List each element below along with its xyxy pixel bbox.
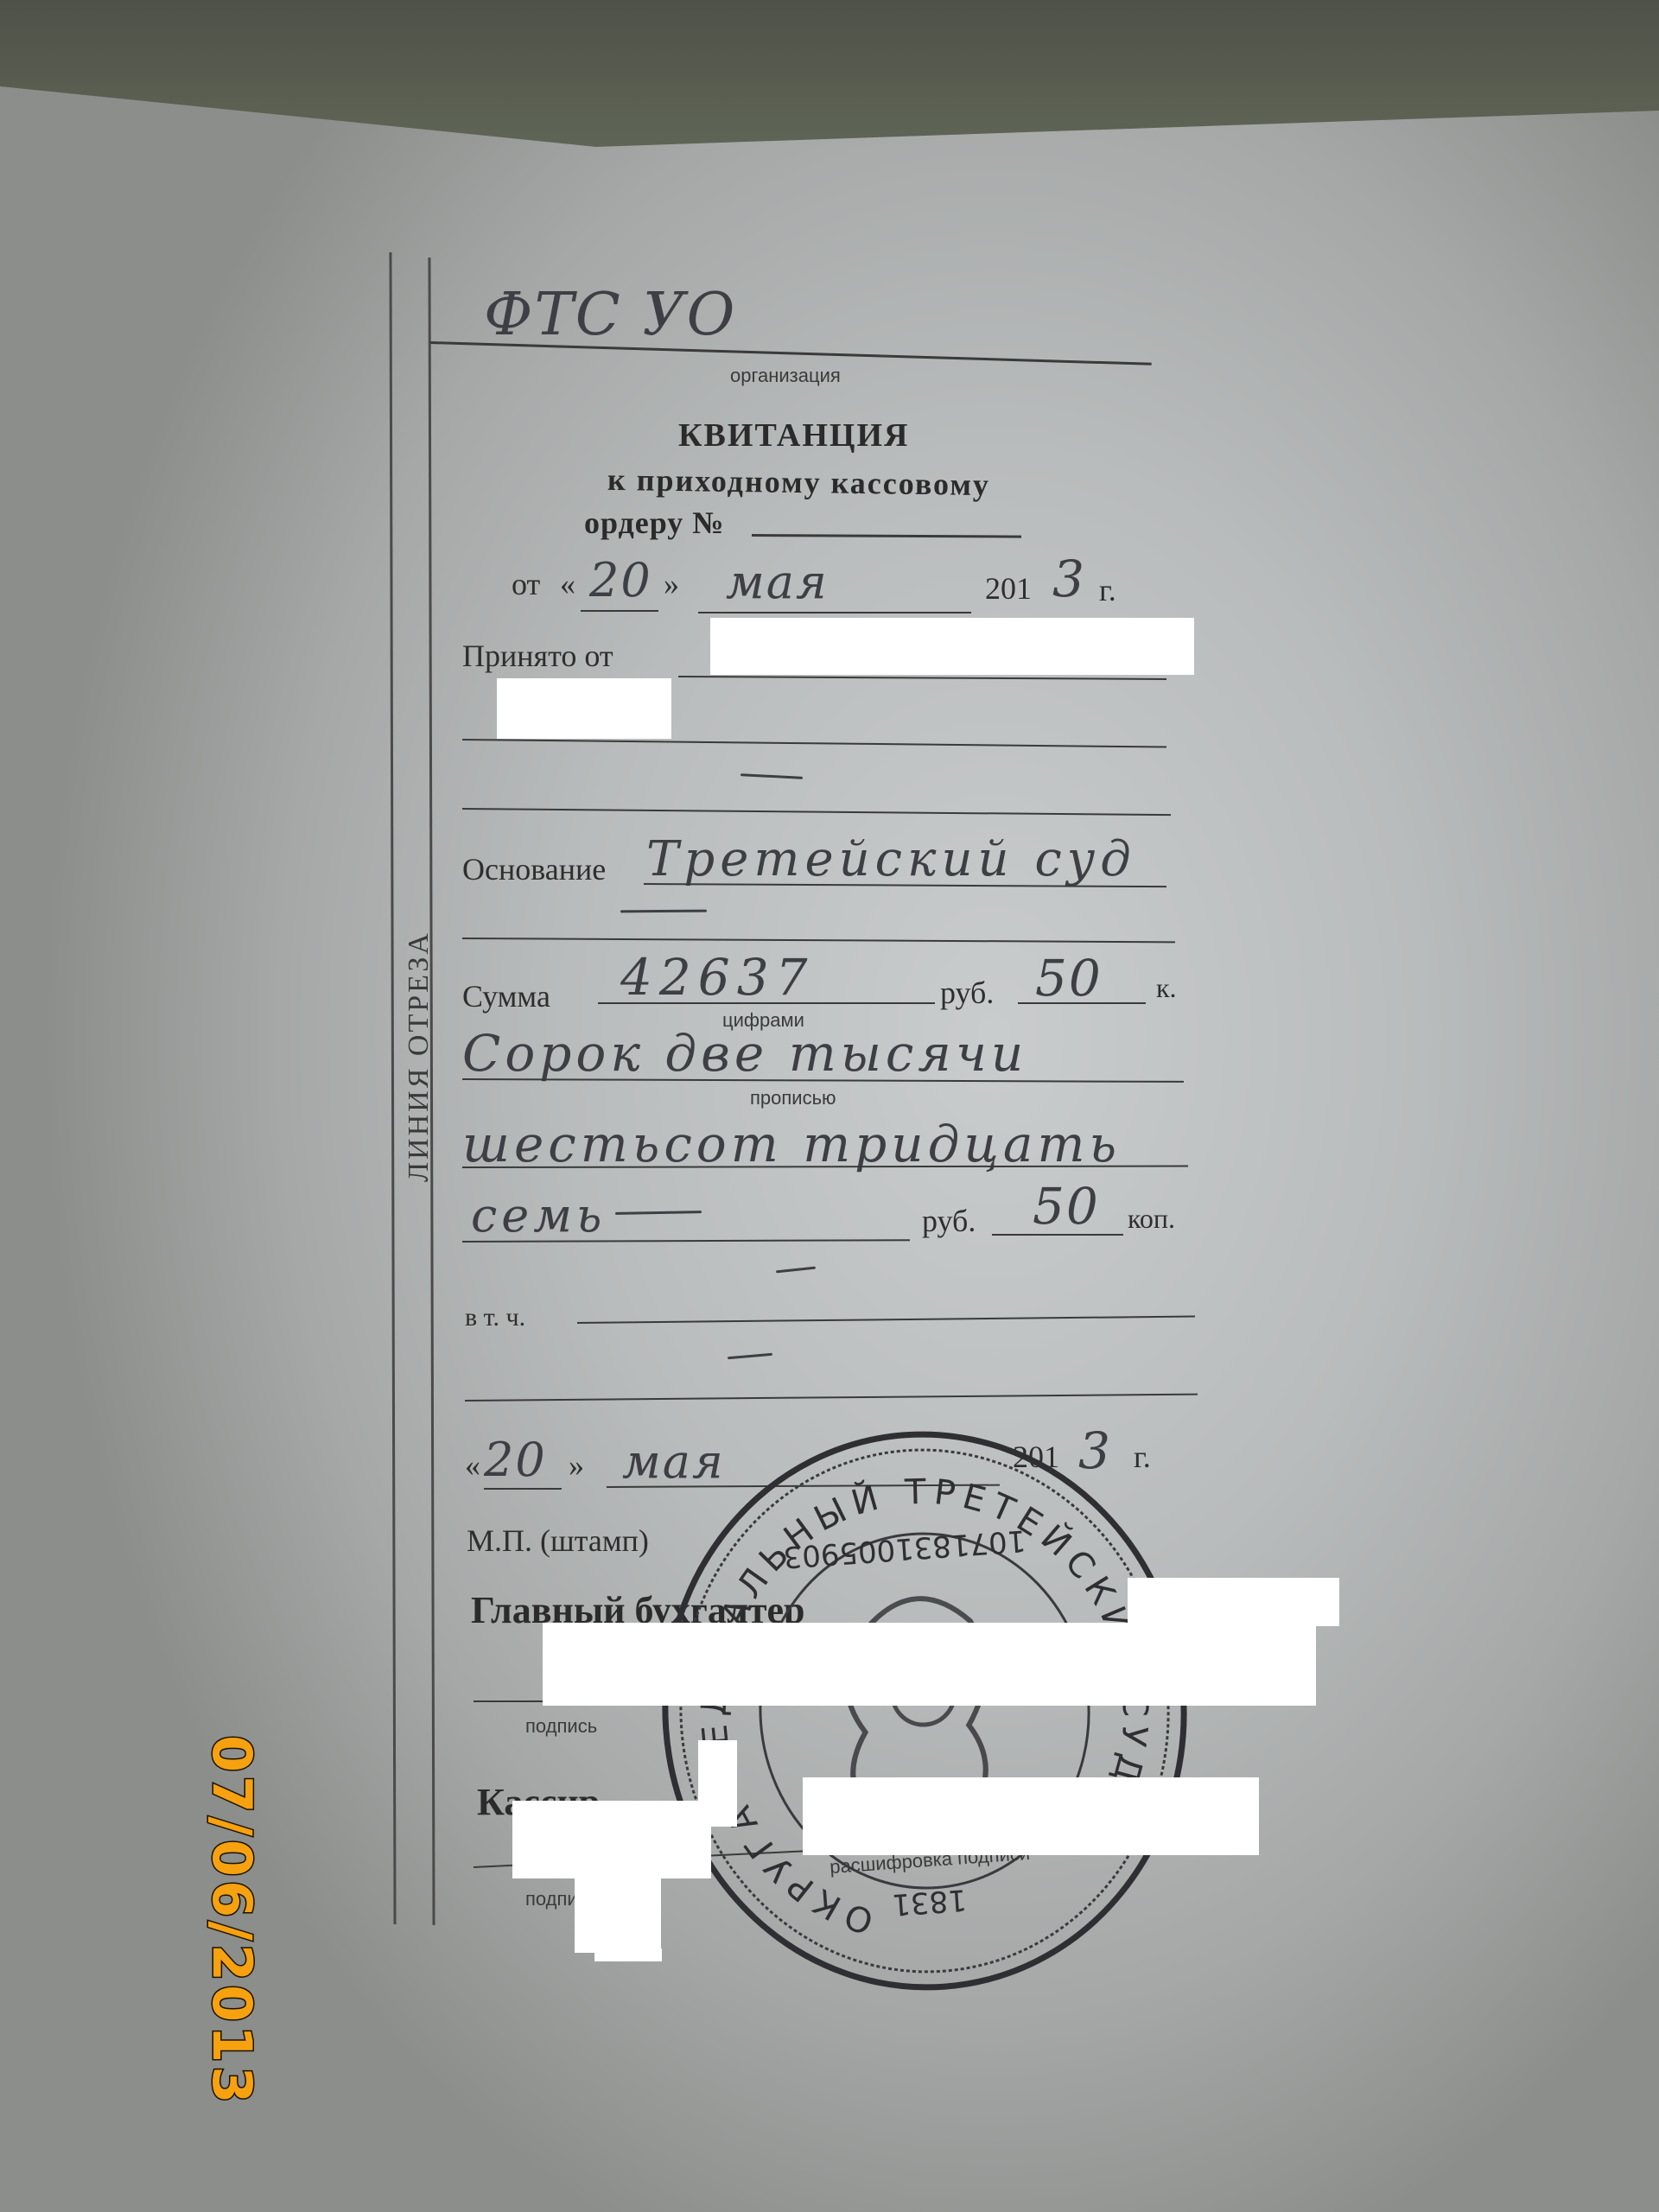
sign-date-day: 20	[484, 1433, 547, 1487]
receipt-subtitle: к приходному кассовому	[607, 461, 990, 503]
seal-inner-number: 1831	[891, 1882, 968, 1922]
date-close-quote: »	[664, 566, 679, 602]
date-open-quote: «	[560, 566, 575, 602]
amount-kop-value: 50	[1035, 949, 1103, 1007]
words-rub-unit: руб.	[922, 1203, 976, 1239]
incl-label: в т. ч.	[465, 1303, 525, 1332]
stamp-label: М.П. (штамп)	[467, 1522, 649, 1559]
words-kop-line	[992, 1234, 1123, 1236]
amount-rub-value: 42637	[620, 948, 815, 1007]
redaction-chief-accountant	[1128, 1578, 1339, 1626]
date-prefix: от	[512, 566, 540, 602]
amount-words-line-3: семь	[471, 1188, 606, 1243]
redaction-chief-accountant-2	[543, 1623, 1316, 1706]
amount-kop-line	[1018, 1002, 1146, 1004]
redaction-cashier-3	[575, 1871, 661, 1953]
court-seal: ОКРУГА ФЕДЕРАЛЬНЫЙ ТРЕТЕЙСКИЙ СУД 107183…	[636, 1390, 1212, 2031]
redaction-cashier-4	[594, 1948, 662, 1961]
words-caption: прописью	[750, 1087, 836, 1109]
basis-value: Третейский суд	[646, 831, 1136, 887]
amount-label: Сумма	[462, 978, 550, 1014]
organization-value: ФТС УО	[484, 281, 736, 349]
receipt-title: КВИТАНЦИЯ	[678, 416, 909, 454]
words-kop-value: 50	[1033, 1177, 1100, 1236]
date-month: мая	[726, 555, 829, 609]
date-month-line	[698, 612, 971, 613]
amount-rub-line	[598, 1002, 935, 1004]
amount-rub-unit: руб.	[940, 975, 994, 1011]
date-day-line	[581, 610, 658, 612]
amount-words-line-2: шестьсот тридцать	[462, 1115, 1121, 1173]
redaction-received-from-2	[497, 678, 671, 739]
basis-label: Основание	[462, 851, 606, 887]
date-suffix: г.	[1099, 572, 1116, 608]
redaction-cashier-name	[803, 1777, 1259, 1855]
camera-timestamp: 07/06/2013	[200, 1735, 264, 2107]
amount-kop-unit: к.	[1156, 972, 1177, 1004]
sign-date-open-quote: «	[465, 1447, 480, 1484]
date-year-prefix: 201	[985, 570, 1032, 607]
organization-caption: организация	[730, 365, 841, 387]
redaction-cashier-2	[512, 1801, 711, 1878]
date-year-suffix: 3	[1052, 550, 1086, 608]
signature-caption: подпись	[525, 1715, 597, 1738]
date-day: 20	[589, 553, 652, 607]
sign-date-close-quote: »	[569, 1447, 584, 1484]
order-number-label: ордеру №	[584, 505, 724, 541]
sign-date-day-line	[484, 1488, 562, 1490]
received-from-label: Принято от	[462, 638, 613, 674]
redaction-received-from	[710, 618, 1194, 675]
words-kop-unit: коп.	[1128, 1203, 1175, 1235]
cut-line-label: ЛИНИЯ ОТРЕЗА	[403, 931, 435, 1182]
amount-words-line-1: Сорок две тысячи	[462, 1024, 1027, 1083]
